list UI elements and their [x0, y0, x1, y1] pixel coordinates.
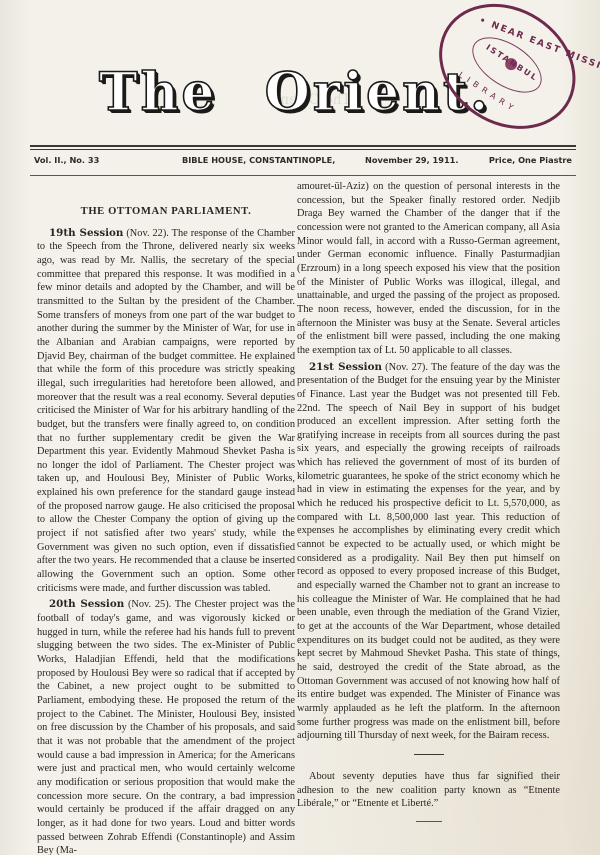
continuation-paragraph: amouret-ül-Aziz) on the question of pers… — [297, 180, 560, 358]
session-label: 19th Session — [49, 227, 123, 239]
section-divider — [416, 821, 442, 822]
session-paragraph-20: 20th Session (Nov. 25). The Chester proj… — [37, 598, 295, 855]
left-column: THE OTTOMAN PARLIAMENT. 19th Session (No… — [37, 205, 295, 855]
newspaper-page: The Orient. The Orient. • NEAR EAST MISS… — [0, 0, 600, 855]
session-paragraph-19: 19th Session (Nov. 22). The response of … — [37, 227, 295, 596]
issue-date: November 29, 1911. — [365, 155, 458, 165]
session-paragraph-21: 21st Session (Nov. 27). The feature of t… — [297, 361, 560, 743]
coalition-note: About seventy deputies have thus far sig… — [297, 770, 560, 811]
dateline-rule-top — [30, 145, 576, 147]
volume-number: Vol. II., No. 33 — [34, 155, 99, 165]
session-label: 21st Session — [309, 361, 382, 373]
dateline-rule-top-thin — [30, 149, 576, 150]
issue-price: Price, One Piastre — [489, 155, 572, 165]
session-text: The feature of the day was the presentat… — [297, 362, 560, 742]
session-text: The response of the Chamber to the Speec… — [37, 228, 295, 594]
right-column: amouret-ül-Aziz) on the question of pers… — [297, 180, 560, 822]
dateline: Vol. II., No. 33 BIBLE HOUSE, CONSTANTIN… — [34, 155, 574, 169]
session-date: (Nov. 27). — [382, 362, 428, 373]
library-stamp: • NEAR EAST MISSION ISTANBUL LIBRARY — [416, 0, 597, 151]
session-date: (Nov. 25). — [124, 599, 171, 610]
section-divider — [414, 754, 444, 755]
session-date: (Nov. 22). — [123, 228, 169, 239]
session-label: 20th Session — [49, 598, 124, 610]
article-heading: THE OTTOMAN PARLIAMENT. — [37, 205, 295, 219]
publication-place: BIBLE HOUSE, CONSTANTINOPLE, — [182, 155, 335, 165]
session-text: The Chester project was the football of … — [37, 599, 295, 855]
dateline-rule-bottom — [30, 175, 576, 176]
